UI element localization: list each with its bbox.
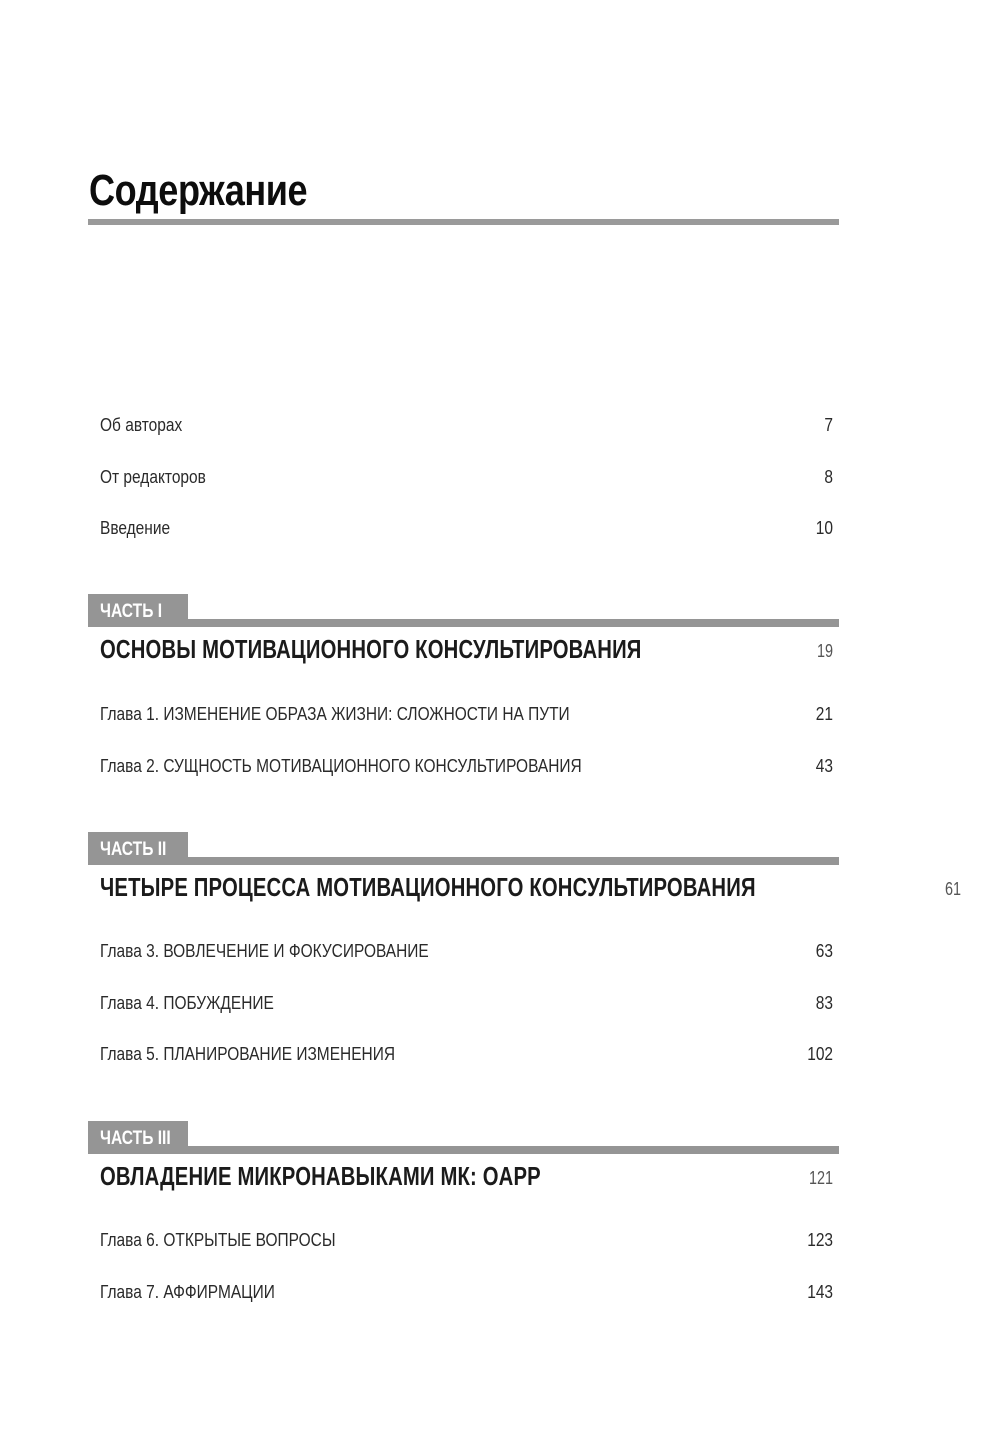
toc-entry-page: 21 bbox=[816, 704, 833, 725]
toc-entry-chapter-4[interactable]: Глава 4. ПОБУЖДЕНИЕ 83 bbox=[100, 990, 833, 1016]
toc-entry-from-editors[interactable]: От редакторов 8 bbox=[100, 464, 833, 490]
page-title: Содержание bbox=[89, 163, 307, 219]
part-2-heading[interactable]: ЧЕТЫРЕ ПРОЦЕССА МОТИВАЦИОННОГО КОНСУЛЬТИ… bbox=[100, 870, 833, 904]
part-title: ЧЕТЫРЕ ПРОЦЕССА МОТИВАЦИОННОГО КОНСУЛЬТИ… bbox=[100, 872, 756, 903]
toc-entry-page: 8 bbox=[824, 467, 833, 488]
toc-entry-label: Глава 2. СУЩНОСТЬ МОТИВАЦИОННОГО КОНСУЛЬ… bbox=[100, 756, 582, 777]
toc-entry-page: 10 bbox=[816, 518, 833, 539]
toc-entry-label: Глава 7. АФФИРМАЦИИ bbox=[100, 1282, 275, 1303]
toc-entry-label: Глава 5. ПЛАНИРОВАНИЕ ИЗМЕНЕНИЯ bbox=[100, 1044, 395, 1065]
toc-entry-chapter-7[interactable]: Глава 7. АФФИРМАЦИИ 143 bbox=[100, 1279, 833, 1305]
toc-entry-label: Глава 6. ОТКРЫТЫЕ ВОПРОСЫ bbox=[100, 1230, 336, 1251]
part-2-bar bbox=[88, 857, 839, 865]
toc-entry-page: 63 bbox=[816, 941, 833, 962]
toc-entry-label: Введение bbox=[100, 518, 170, 539]
part-1-bar bbox=[88, 619, 839, 627]
toc-entry-label: Глава 4. ПОБУЖДЕНИЕ bbox=[100, 993, 274, 1014]
part-page: 121 bbox=[809, 1164, 833, 1189]
toc-entry-page: 83 bbox=[816, 993, 833, 1014]
title-rule bbox=[88, 219, 839, 225]
toc-entry-label: Глава 3. ВОВЛЕЧЕНИЕ И ФОКУСИРОВАНИЕ bbox=[100, 941, 429, 962]
part-1-heading[interactable]: ОСНОВЫ МОТИВАЦИОННОГО КОНСУЛЬТИРОВАНИЯ 1… bbox=[100, 632, 833, 666]
toc-entry-label: Глава 1. ИЗМЕНЕНИЕ ОБРАЗА ЖИЗНИ: СЛОЖНОС… bbox=[100, 704, 570, 725]
toc-entry-page: 102 bbox=[807, 1044, 833, 1065]
toc-entry-introduction[interactable]: Введение 10 bbox=[100, 515, 833, 541]
part-page: 19 bbox=[817, 637, 833, 662]
toc-entry-label: Об авторах bbox=[100, 415, 182, 436]
toc-entry-label: От редакторов bbox=[100, 467, 206, 488]
part-3-heading[interactable]: ОВЛАДЕНИЕ МИКРОНАВЫКАМИ МК: OАРР 121 bbox=[100, 1159, 833, 1193]
part-title: ОСНОВЫ МОТИВАЦИОННОГО КОНСУЛЬТИРОВАНИЯ bbox=[100, 634, 642, 665]
toc-entry-chapter-1[interactable]: Глава 1. ИЗМЕНЕНИЕ ОБРАЗА ЖИЗНИ: СЛОЖНОС… bbox=[100, 701, 833, 727]
toc-entry-page: 123 bbox=[807, 1230, 833, 1251]
part-3-bar bbox=[88, 1146, 839, 1154]
toc-entry-page: 43 bbox=[816, 756, 833, 777]
toc-entry-about-authors[interactable]: Об авторах 7 bbox=[100, 412, 833, 438]
part-title: ОВЛАДЕНИЕ МИКРОНАВЫКАМИ МК: OАРР bbox=[100, 1161, 541, 1192]
toc-entry-chapter-3[interactable]: Глава 3. ВОВЛЕЧЕНИЕ И ФОКУСИРОВАНИЕ 63 bbox=[100, 938, 833, 964]
toc-entry-chapter-6[interactable]: Глава 6. ОТКРЫТЫЕ ВОПРОСЫ 123 bbox=[100, 1227, 833, 1253]
toc-entry-chapter-5[interactable]: Глава 5. ПЛАНИРОВАНИЕ ИЗМЕНЕНИЯ 102 bbox=[100, 1041, 833, 1067]
toc-entry-page: 143 bbox=[807, 1282, 833, 1303]
toc-entry-page: 7 bbox=[824, 415, 833, 436]
part-page: 61 bbox=[945, 875, 961, 900]
toc-entry-chapter-2[interactable]: Глава 2. СУЩНОСТЬ МОТИВАЦИОННОГО КОНСУЛЬ… bbox=[100, 753, 833, 779]
